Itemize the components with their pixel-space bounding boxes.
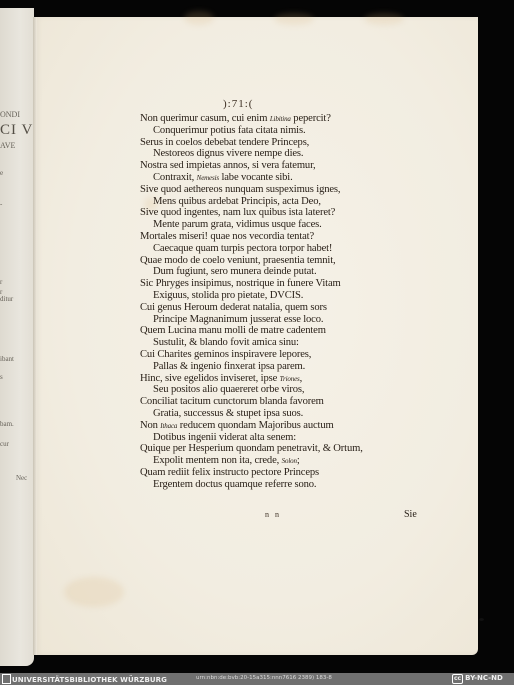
page-number-header: ):71:( xyxy=(223,98,253,110)
poem-line-text: Sive quod ingentes, nam lux quibus ista … xyxy=(140,207,335,218)
library-logo[interactable]: UNIVERSITÄTSBIBLIOTHEK WÜRZBURG xyxy=(2,674,167,684)
left-page-text-fragment: ONDI xyxy=(0,110,20,119)
poem-line-italic-name: Ithaca xyxy=(160,422,177,430)
library-name: UNIVERSITÄTSBIBLIOTHEK WÜRZBURG xyxy=(12,676,167,684)
left-page-text-fragment: CI VI xyxy=(0,122,34,139)
poem-line-text: Mortales miseri! quae nos vecordia tenta… xyxy=(140,231,314,242)
paper-stain xyxy=(274,13,314,25)
signature-mark: n n xyxy=(265,510,281,519)
license-label: BY-NC-ND xyxy=(465,674,503,682)
library-logo-icon xyxy=(2,674,11,684)
poem-line-text: Exiguus, stolida pro pietate, DVCIS. xyxy=(153,290,303,301)
poem-line-text: Caecaque quam turpis pectora torpor habe… xyxy=(153,243,332,254)
left-page-text-fragment: AVE xyxy=(0,141,15,150)
poem-line-text: Non xyxy=(140,420,160,431)
poem-line-text: Sustulit, & blando fovit amica sinu: xyxy=(153,337,299,348)
poem-line-text: Cui genus Heroum dederat natalia, quem s… xyxy=(140,302,327,313)
poem-line-text: Cui Charites geminos inspiravere lepores… xyxy=(140,349,311,360)
paper-stain xyxy=(364,13,404,25)
poem-line-text: Conciliat tacitum cunctorum blanda favor… xyxy=(140,396,324,407)
poem-line-text: reducem quondam Majoribus auctum xyxy=(177,420,333,431)
poem-line-text: Contraxit, xyxy=(153,172,197,183)
poem-line-text: ; xyxy=(297,455,300,466)
left-page-text-fragment: e xyxy=(0,169,3,177)
left-page-text-fragment: ditur xyxy=(0,295,13,303)
footer-bar: UNIVERSITÄTSBIBLIOTHEK WÜRZBURG urn:nbn:… xyxy=(0,673,514,685)
poem-line-text: Quam rediit felix instructo pectore Prin… xyxy=(140,467,319,478)
poem-line-text: Hinc, sive egelidos inviseret, ipse xyxy=(140,373,280,384)
poem-line-text: Quem Lucina manu molli de matre cadentem xyxy=(140,325,326,336)
urn-identifier[interactable]: urn:nbn:de:bvb:20-15a315:nnn7616 2389) 1… xyxy=(196,675,332,681)
poem-line-text: Quique per Hesperium quondam penetravit,… xyxy=(140,443,363,454)
left-page-text-fragment: cur xyxy=(0,440,9,448)
facing-left-page: ONDICI VIAVEe-rrdituribantsbam.curNec xyxy=(0,8,34,666)
poem-line-text: Sic Phryges insipimus, nostrique in fune… xyxy=(140,278,341,289)
license-badge[interactable]: ccBY-NC-ND xyxy=(452,674,503,684)
poem-line-text: Expolit mentem non ita, crede, xyxy=(153,455,282,466)
book-gutter xyxy=(33,17,37,655)
poem-line-text: Ergentem doctus quamque referre sono. xyxy=(153,479,316,490)
left-page-text-fragment: - xyxy=(0,200,2,208)
poem-line-text: Nostra sed impietas annos, si vera fatem… xyxy=(140,160,316,171)
poem-line-italic-name: Triones xyxy=(280,375,300,383)
page-pin xyxy=(479,618,484,621)
left-page-text-fragment: Nec xyxy=(16,474,27,482)
poem-line-text: Pallas & ingenio finxerat ipsa parem. xyxy=(153,361,305,372)
catchword: Sie xyxy=(404,509,417,520)
poem-line-italic-name: Libitina xyxy=(270,115,291,123)
poem-line-text: Gratia, successus & stupet ipsa suos. xyxy=(153,408,303,419)
paper-stain xyxy=(184,11,214,25)
creative-commons-icon: cc xyxy=(452,674,463,684)
left-page-text-fragment: s xyxy=(0,373,3,381)
poem-line-text: Non querimur casum, cui enim xyxy=(140,113,270,124)
poem-line-text: Mens quibus ardebat Principis, acta Deo, xyxy=(153,196,321,207)
poem-line-text: Dotibus ingenii viderat alta senem: xyxy=(153,432,296,443)
poem-line-text: labe vocante sibi. xyxy=(219,172,293,183)
left-page-text-fragment: r xyxy=(0,278,2,286)
poem-line-text: Seu positos alio quaereret orbe viros, xyxy=(153,384,304,395)
poem-line-text: Dum fugiunt, sero munera deinde putat. xyxy=(153,266,316,277)
poem-line-text: , xyxy=(300,373,303,384)
poem-line-text: Conquerimur potius fata citata nimis. xyxy=(153,125,305,136)
poem-line-text: Nestoreos dignus vivere nempe dies. xyxy=(153,148,303,159)
poem-line-text: Quae modo de coelo veniunt, praesentia t… xyxy=(140,255,336,266)
poem-line-text: Sive quod aethereos nunquam suspeximus i… xyxy=(140,184,340,195)
poem-line-italic-name: Nemesis xyxy=(197,174,219,182)
poem-line-text: pepercit? xyxy=(291,113,331,124)
poem-line: Ergentem doctus quamque referre sono. xyxy=(153,478,316,491)
poem-line-italic-name: Solon xyxy=(282,457,297,465)
poem-line-text: Principe Magnanimum jusserat esse loco. xyxy=(153,314,323,325)
poem-line-text: Serus in coelos debebat tendere Princeps… xyxy=(140,137,309,148)
left-page-text-fragment: bam. xyxy=(0,420,14,428)
left-page-text-fragment: ibant xyxy=(0,355,14,363)
paper-stain xyxy=(64,577,124,607)
poem-line-text: Mente parum grata, vidimus usque faces. xyxy=(153,219,322,230)
